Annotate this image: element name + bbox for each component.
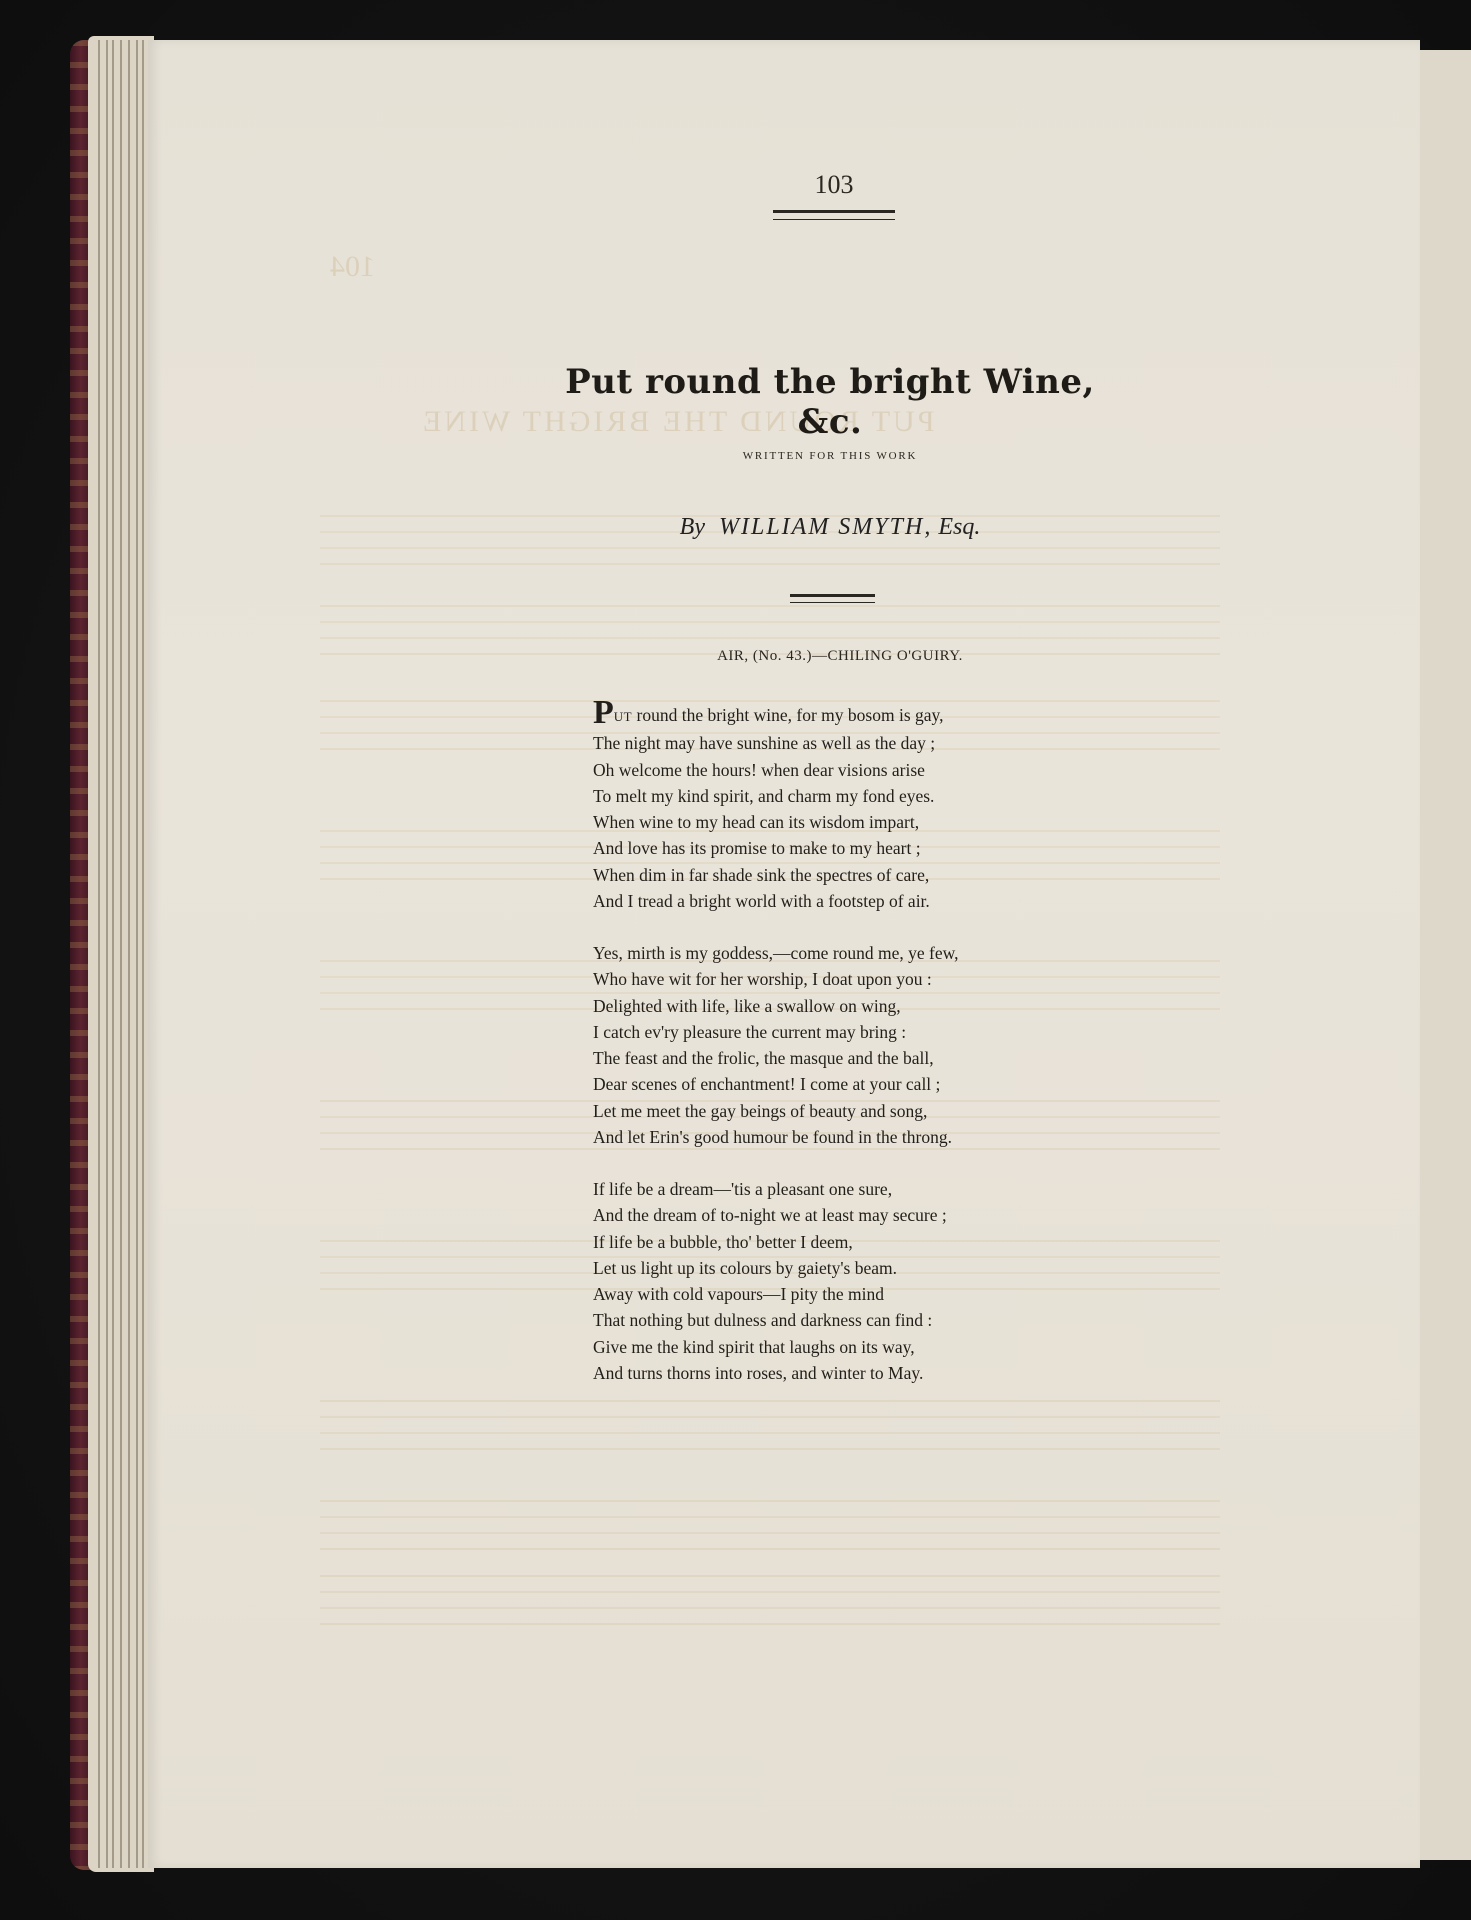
page-edge-line [106, 40, 108, 1868]
poem-line: I catch ev'ry pleasure the current may b… [593, 1019, 1093, 1045]
author-suffix: Esq. [938, 514, 980, 540]
poem-line: Oh welcome the hours! when dear visions … [593, 757, 1093, 783]
page-edge-line [112, 40, 114, 1868]
poem-line: Delighted with life, like a swallow on w… [593, 993, 1093, 1019]
poem-line: And love has its promise to make to my h… [593, 835, 1093, 861]
bleed-through-staff [320, 1500, 1220, 1550]
poem-line: Yes, mirth is my goddess,—come round me,… [593, 940, 1093, 966]
page-number-rule [773, 210, 895, 220]
stanza-2: Yes, mirth is my goddess,—come round me,… [593, 940, 1093, 1150]
poem-line: And let Erin's good humour be found in t… [593, 1124, 1093, 1150]
page-edge-line [98, 40, 100, 1868]
poem-line: If life be a dream—'tis a pleasant one s… [593, 1176, 1093, 1202]
page-edge-line [128, 40, 130, 1868]
subtitle: WRITTEN FOR THIS WORK [600, 450, 1060, 462]
author-name: WILLIAM SMYTH, [719, 514, 932, 540]
poem-line: PUT round the bright wine, for my bosom … [593, 702, 1093, 730]
poem-line: When wine to my head can its wisdom impa… [593, 809, 1093, 835]
poem-line: When dim in far shade sink the spectres … [593, 862, 1093, 888]
facing-page-edge [1418, 50, 1471, 1860]
section-rule [790, 594, 875, 603]
drop-cap: P [593, 694, 614, 731]
poem-line: And the dream of to-night we at least ma… [593, 1202, 1093, 1228]
page-edge-line [136, 40, 138, 1868]
author-line: ByWILLIAM SMYTH, Esq. [560, 514, 1100, 541]
poem-line: Who have wit for her worship, I doat upo… [593, 966, 1093, 992]
stanza-1: PUT round the bright wine, for my bosom … [593, 702, 1093, 914]
poem-line: Dear scenes of enchantment! I come at yo… [593, 1071, 1093, 1097]
poem-line: Let us light up its colours by gaiety's … [593, 1255, 1093, 1281]
song-title: Put round the bright Wine, &c. [560, 362, 1100, 442]
small-caps: UT [614, 709, 632, 724]
page-edge-line [142, 40, 144, 1868]
poem-line: The night may have sunshine as well as t… [593, 730, 1093, 756]
poem-line: And turns thorns into roses, and winter … [593, 1360, 1093, 1386]
poem-line: Let me meet the gay beings of beauty and… [593, 1098, 1093, 1124]
bleed-through-staff [320, 1400, 1220, 1450]
stanza-3: If life be a dream—'tis a pleasant one s… [593, 1176, 1093, 1386]
air-line: AIR, (No. 43.)—CHILING O'GUIRY. [580, 648, 1100, 665]
page-edge-line [120, 40, 122, 1868]
poem-line: Give me the kind spirit that laughs on i… [593, 1334, 1093, 1360]
author-prefix: By [680, 514, 705, 540]
poem-line: If life be a bubble, tho' better I deem, [593, 1229, 1093, 1255]
poem-line: To melt my kind spirit, and charm my fon… [593, 783, 1093, 809]
page-number: 103 [773, 170, 895, 200]
poem-line: Away with cold vapours—I pity the mind [593, 1281, 1093, 1307]
page-stack-edge [88, 36, 154, 1872]
poem-line: That nothing but dulness and darkness ca… [593, 1307, 1093, 1333]
poem-line: The feast and the frolic, the masque and… [593, 1045, 1093, 1071]
poem-line: And I tread a bright world with a footst… [593, 888, 1093, 914]
bleed-through-staff [320, 1575, 1220, 1625]
